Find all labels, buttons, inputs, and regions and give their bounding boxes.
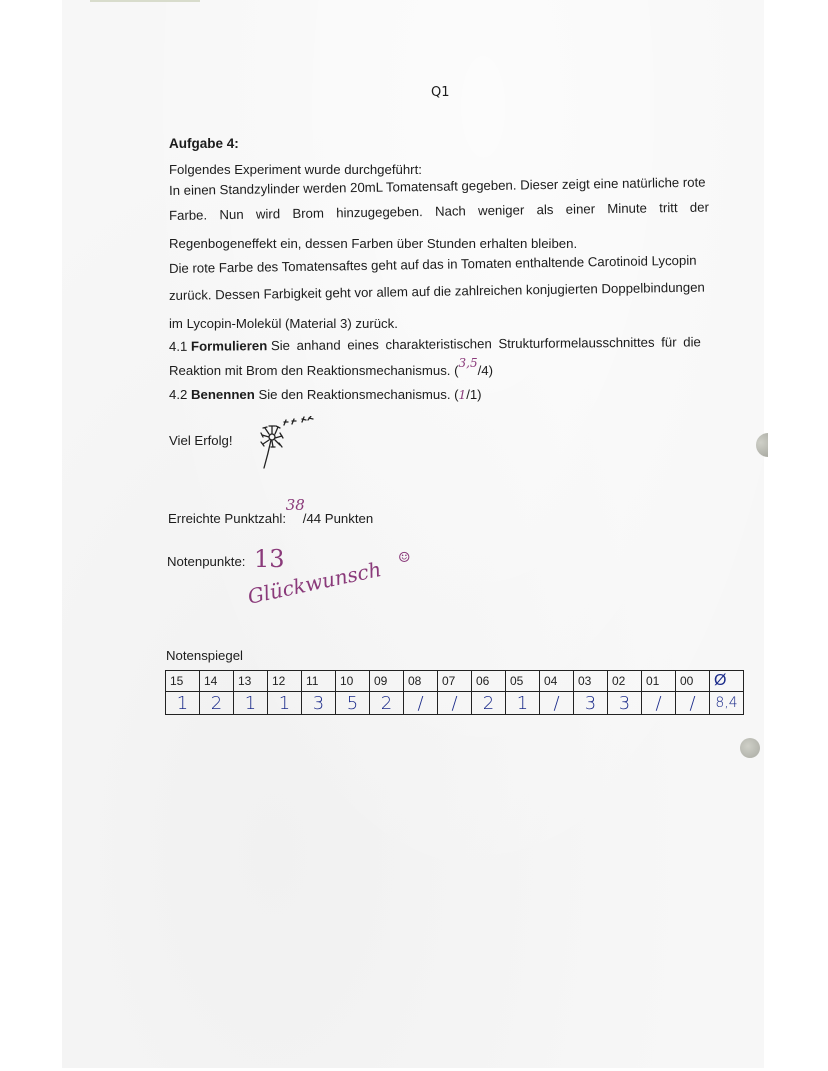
subtask-4-1-line2: Reaktion mit Brom den Reaktionsmechanism… xyxy=(169,363,493,378)
count-cell: 3 xyxy=(608,692,642,715)
word: Nun xyxy=(219,207,243,222)
subtask-4-2: 4.2 Benennen Sie den Reaktionsmechanismu… xyxy=(169,387,482,402)
grade-cell: 04 xyxy=(540,671,574,692)
operator-verb: Benennen xyxy=(191,387,255,402)
word: einer xyxy=(566,201,596,216)
word: Brom xyxy=(292,206,324,221)
count-cell: 2 xyxy=(472,692,506,715)
word: weniger xyxy=(478,202,524,218)
count-cell: / xyxy=(642,692,676,715)
paragraph1-line2: Farbe.NunwirdBromhinzugegeben.Nachwenige… xyxy=(169,200,709,223)
word: tritt xyxy=(659,200,678,215)
word: Farbe. xyxy=(169,207,207,223)
count-cell: 2 xyxy=(370,692,404,715)
grade-cell: Ø xyxy=(710,671,744,692)
count-cell: 3 xyxy=(302,692,336,715)
grade-cell: 02 xyxy=(608,671,642,692)
grade-cell: 10 xyxy=(336,671,370,692)
grade-cell: 07 xyxy=(438,671,472,692)
grade-row: 15141312111009080706050403020100Ø xyxy=(166,671,744,692)
paragraph2-line3: im Lycopin-Molekül (Material 3) zurück. xyxy=(169,316,398,331)
grade-cell: 15 xyxy=(166,671,200,692)
word: hinzugegeben. xyxy=(336,204,423,220)
grade-label: Notenpunkte: xyxy=(167,554,245,569)
word: als xyxy=(536,202,553,217)
subtask-number: 4.1 xyxy=(169,339,187,354)
subtask-4-1-line1: 4.1 Formulieren Sie anhand eines charakt… xyxy=(169,334,701,354)
operator-verb: Formulieren xyxy=(191,338,267,354)
paragraph2-line1: Die rote Farbe des Tomatensaftes geht au… xyxy=(169,253,697,276)
paragraph1-line1: In einen Standzylinder werden 20mL Tomat… xyxy=(169,175,706,198)
count-cell: 1 xyxy=(268,692,302,715)
grade-cell: 12 xyxy=(268,671,302,692)
grade-cell: 00 xyxy=(676,671,710,692)
subtask-text: Sie anhand eines charakteristischen Stru… xyxy=(271,334,701,353)
grade-cell: 14 xyxy=(200,671,234,692)
count-cell: 1 xyxy=(234,692,268,715)
count-cell: / xyxy=(438,692,472,715)
page-label: Q1 xyxy=(431,85,450,100)
grade-cell: 08 xyxy=(404,671,438,692)
count-cell: 5 xyxy=(336,692,370,715)
grade-cell: 11 xyxy=(302,671,336,692)
closing-wish: Viel Erfolg! xyxy=(169,433,233,448)
points-awarded-4-1: 3,5 xyxy=(459,356,478,370)
grade-cell: 06 xyxy=(472,671,506,692)
notenspiegel-table: 15141312111009080706050403020100Ø 121135… xyxy=(165,670,744,715)
count-row: 1211352//21/33//8,4 xyxy=(166,692,744,715)
notenspiegel-title: Notenspiegel xyxy=(166,648,243,663)
score-label: Erreichte Punktzahl: xyxy=(168,511,286,526)
count-cell: / xyxy=(676,692,710,715)
grade-cell: 09 xyxy=(370,671,404,692)
task-intro: Folgendes Experiment wurde durchgeführt: xyxy=(169,162,422,177)
count-cell: 1 xyxy=(506,692,540,715)
document: Q1 Aufgabe 4: Folgendes Experiment wurde… xyxy=(0,0,828,1071)
paragraph1-line3: Regenbogeneffekt ein, dessen Farben über… xyxy=(169,236,577,251)
count-cell: 3 xyxy=(574,692,608,715)
count-cell: 1 xyxy=(166,692,200,715)
count-cell: 2 xyxy=(200,692,234,715)
word: Nach xyxy=(435,203,466,218)
grade-cell: 03 xyxy=(574,671,608,692)
grade-cell: 13 xyxy=(234,671,268,692)
score-awarded: 38 xyxy=(286,496,305,514)
count-cell: / xyxy=(540,692,574,715)
grade-value: 13 xyxy=(254,545,285,573)
count-cell: 8,4 xyxy=(710,692,744,715)
score-line: Erreichte Punktzahl: 38/44 Punkten xyxy=(168,509,373,527)
dandelion-icon xyxy=(258,416,318,472)
smiley-icon: ☺ xyxy=(398,550,411,566)
word: wird xyxy=(256,206,280,221)
count-cell: / xyxy=(404,692,438,715)
task-heading: Aufgabe 4: xyxy=(169,136,239,151)
score-max: /44 Punkten xyxy=(303,511,373,526)
paragraph2-line2: zurück. Dessen Farbigkeit geht vor allem… xyxy=(169,280,705,303)
grade-cell: 05 xyxy=(506,671,540,692)
grade-cell: 01 xyxy=(642,671,676,692)
word: Minute xyxy=(607,200,647,216)
word: der xyxy=(690,200,709,215)
